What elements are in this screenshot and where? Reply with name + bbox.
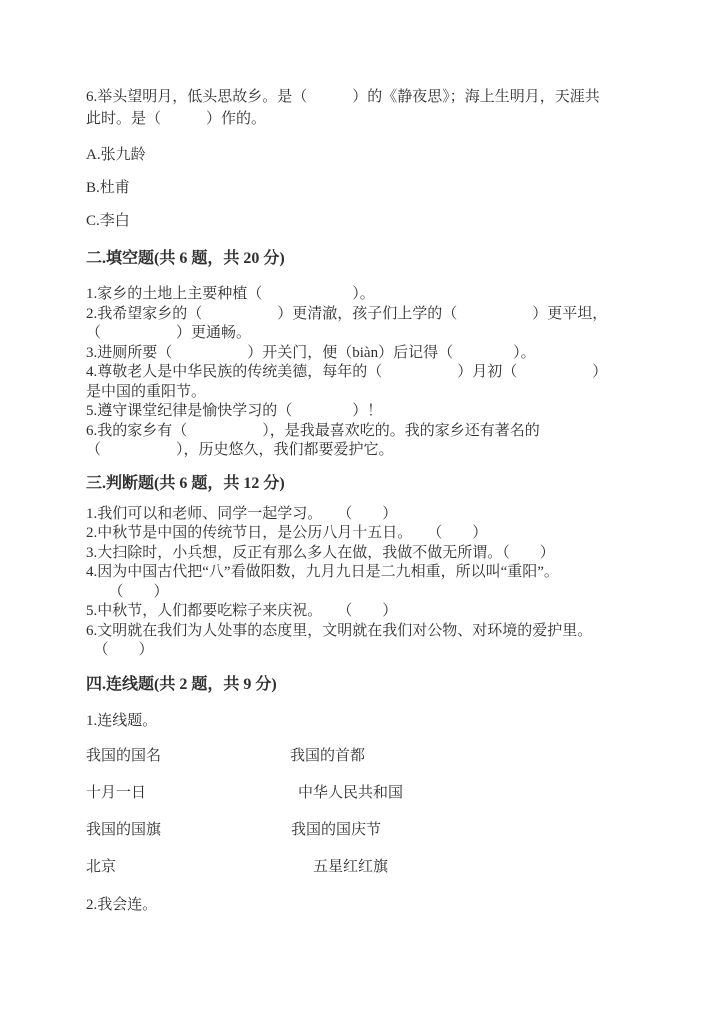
matching-question-2-label: 2.我会连。 [86,895,690,915]
matching-row-3: 我国的国旗 我国的国庆节 [86,820,690,840]
matching-row-1-right: 我国的首都 [290,746,365,766]
section-heading-true-false: 三.判断题(共 6 题，共 12 分) [86,473,690,495]
matching-row-2-left: 十月一日 [86,783,290,803]
matching-question-1-label: 1.连线题。 [86,711,690,731]
choice-question-6: 6.举头望明月，低头思故乡。是（ ）的《静夜思》；海上生明月，天涯共 此时。是（… [86,86,690,130]
matching-row-2-right: 中华人民共和国 [290,783,403,803]
matching-row-1-left: 我国的国名 [86,746,290,766]
matching-row-3-left: 我国的国旗 [86,820,290,840]
judge-question-4-line-2: （ ） [86,583,690,603]
matching-row-4: 北京 五星红红旗 [86,857,690,877]
judge-question-6-line-2: （ ） [86,641,690,661]
section-heading-fill-blanks: 二.填空题(共 6 题，共 20 分) [86,248,690,270]
fill-question-2-line-1: 2.我希望家乡的（ ）更清澈，孩子们上学的（ ）更平坦， [86,305,690,325]
matching-row-2: 十月一日 中华人民共和国 [86,783,690,803]
fill-question-4-line-2: 是中国的重阳节。 [86,383,690,403]
judge-question-5: 5.中秋节，人们都要吃粽子来庆祝。 （ ） [86,602,690,622]
choice-question-6-line-1: 6.举头望明月，低头思故乡。是（ ）的《静夜思》；海上生明月，天涯共 [86,86,690,108]
choice-option-b: B.杜甫 [86,178,690,198]
fill-question-6-line-1: 6.我的家乡有（ ），是我最喜欢吃的。我的家乡还有著名的 [86,422,690,442]
matching-table: 我国的国名 我国的首都 十月一日 中华人民共和国 我国的国旗 我国的国庆节 北京… [86,746,690,877]
fill-blanks-question-list: 1.家乡的土地上主要种植（ ）。 2.我希望家乡的（ ）更清澈，孩子们上学的（ … [86,285,690,461]
exam-paper-page: 6.举头望明月，低头思故乡。是（ ）的《静夜思》；海上生明月，天涯共 此时。是（… [0,0,720,1018]
matching-row-1: 我国的国名 我国的首都 [86,746,690,766]
judge-question-4-line-1: 4.因为中国古代把“八”看做阳数，九月九日是二九相重，所以叫“重阳”。 [86,563,690,583]
fill-question-2-line-2: （ ）更通畅。 [86,324,690,344]
fill-question-6-line-2: （ ），历史悠久，我们都要爱护它。 [86,441,690,461]
section-heading-matching: 四.连线题(共 2 题，共 9 分) [86,674,690,696]
fill-question-5: 5.遵守课堂纪律是愉快学习的（ ）！ [86,402,690,422]
choice-question-6-line-2: 此时。是（ ）作的。 [86,108,690,130]
judge-question-2: 2.中秋节是中国的传统节日，是公历八月十五日。 （ ） [86,524,690,544]
choice-option-c: C.李白 [86,211,690,231]
matching-row-4-left: 北京 [86,857,290,877]
true-false-question-list: 1.我们可以和老师、同学一起学习。 （ ） 2.中秋节是中国的传统节日，是公历八… [86,505,690,661]
matching-row-4-right: 五星红红旗 [290,857,388,877]
fill-question-1: 1.家乡的土地上主要种植（ ）。 [86,285,690,305]
judge-question-6-line-1: 6.文明就在我们为人处事的态度里，文明就在我们对公物、对环境的爱护里。 [86,622,690,642]
fill-question-3: 3.进厕所要（ ）开关门，便（biàn）后记得（ ）。 [86,344,690,364]
choice-option-a: A.张九龄 [86,145,690,165]
judge-question-1: 1.我们可以和老师、同学一起学习。 （ ） [86,505,690,525]
matching-row-3-right: 我国的国庆节 [290,820,381,840]
judge-question-3: 3.大扫除时，小兵想，反正有那么多人在做，我做不做无所谓。（ ） [86,544,690,564]
fill-question-4-line-1: 4.尊敬老人是中华民族的传统美德，每年的（ ）月初（ ） [86,363,690,383]
